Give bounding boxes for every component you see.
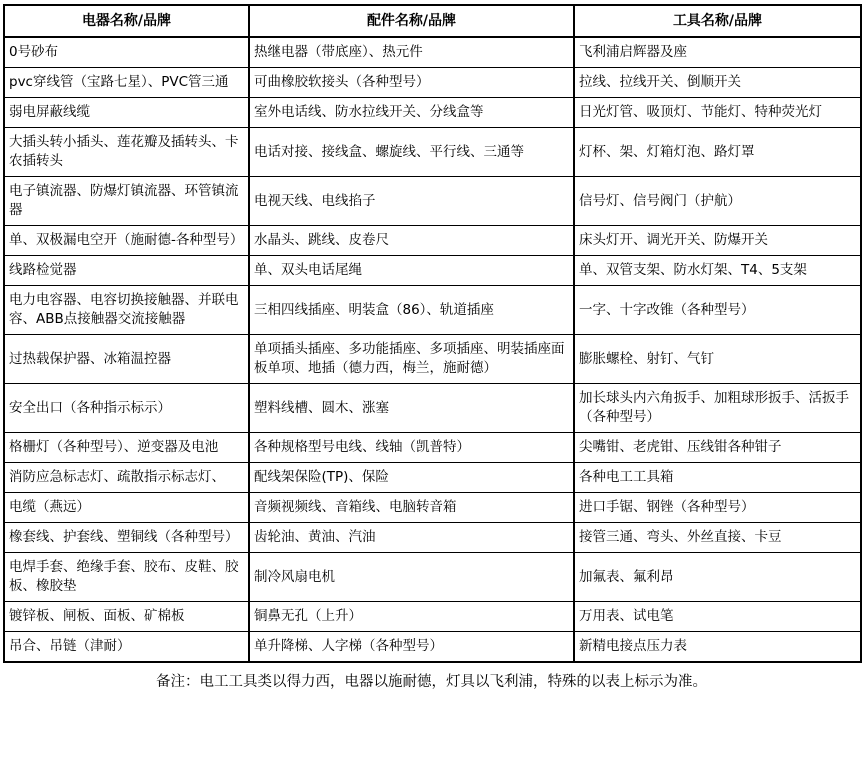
table-cell: 热继电器（带底座）、热元件 (249, 37, 574, 68)
header-cell-0: 电器名称/品牌 (4, 5, 249, 37)
header-row: 电器名称/品牌配件名称/品牌工具名称/品牌 (4, 5, 861, 37)
table-cell: 安全出口（各种指示标示） (4, 384, 249, 433)
table-cell: 塑料线槽、圆木、涨塞 (249, 384, 574, 433)
table-row: 安全出口（各种指示标示）塑料线槽、圆木、涨塞加长球头内六角扳手、加粗球形扳手、活… (4, 384, 861, 433)
document-page: 电器名称/品牌配件名称/品牌工具名称/品牌 0号砂布热继电器（带底座）、热元件飞… (0, 0, 863, 758)
table-cell: 拉线、拉线开关、倒顺开关 (574, 68, 861, 98)
header-cell-1: 配件名称/品牌 (249, 5, 574, 37)
table-cell: 单、双头电话尾绳 (249, 256, 574, 286)
table-cell: 进口手锯、钢锉（各种型号） (574, 493, 861, 523)
table-row: 弱电屏蔽线缆室外电话线、防水拉线开关、分线盒等日光灯管、吸顶灯、节能灯、特种荧光… (4, 98, 861, 128)
table-cell: 电视天线、电线掐子 (249, 177, 574, 226)
table-cell: 单、双极漏电空开（施耐德-各种型号） (4, 226, 249, 256)
table-cell: 橡套线、护套线、塑铜线（各种型号） (4, 523, 249, 553)
table-cell: 三相四线插座、明装盒（86）、轨道插座 (249, 286, 574, 335)
table-row: pvc穿线管（宝路七星）、PVC管三通可曲橡胶软接头（各种型号）拉线、拉线开关、… (4, 68, 861, 98)
table-cell: 单项插头插座、多功能插座、多项插座、明装插座面板单项、地插（德力西，梅兰，施耐德… (249, 335, 574, 384)
table-cell: 配线架保险(TP)、保险 (249, 463, 574, 493)
table-cell: 消防应急标志灯、疏散指示标志灯、 (4, 463, 249, 493)
table-row: 消防应急标志灯、疏散指示标志灯、配线架保险(TP)、保险各种电工工具箱 (4, 463, 861, 493)
table-row: 电子镇流器、防爆灯镇流器、环管镇流器电视天线、电线掐子信号灯、信号阀门（护航） (4, 177, 861, 226)
table-cell: 格栅灯（各种型号）、逆变器及电池 (4, 433, 249, 463)
table-cell: 电话对接、接线盒、螺旋线、平行线、三通等 (249, 128, 574, 177)
table-row: 橡套线、护套线、塑铜线（各种型号）齿轮油、黄油、汽油接管三通、弯头、外丝直接、卡… (4, 523, 861, 553)
table-cell: 0号砂布 (4, 37, 249, 68)
table-row: 电焊手套、绝缘手套、胶布、皮鞋、胶板、橡胶垫制冷风扇电机加氟表、氟利昂 (4, 553, 861, 602)
table-cell: 加长球头内六角扳手、加粗球形扳手、活扳手（各种型号） (574, 384, 861, 433)
parts-table: 电器名称/品牌配件名称/品牌工具名称/品牌 0号砂布热继电器（带底座）、热元件飞… (3, 4, 862, 663)
table-cell: 铜鼻无孔（上升） (249, 602, 574, 632)
table-cell: 日光灯管、吸顶灯、节能灯、特种荧光灯 (574, 98, 861, 128)
table-row: 镀锌板、闸板、面板、矿棉板铜鼻无孔（上升）万用表、试电笔 (4, 602, 861, 632)
table-cell: 室外电话线、防水拉线开关、分线盒等 (249, 98, 574, 128)
table-cell: 大插头转小插头、莲花瓣及插转头、卡农插转头 (4, 128, 249, 177)
table-cell: 线路检觉器 (4, 256, 249, 286)
table-cell: 飞利浦启辉器及座 (574, 37, 861, 68)
table-cell: 音频视频线、音箱线、电脑转音箱 (249, 493, 574, 523)
table-cell: 齿轮油、黄油、汽油 (249, 523, 574, 553)
table-cell: pvc穿线管（宝路七星）、PVC管三通 (4, 68, 249, 98)
table-cell: 水晶头、跳线、皮卷尺 (249, 226, 574, 256)
table-cell: 各种规格型号电线、线轴（凯普特） (249, 433, 574, 463)
table-cell: 制冷风扇电机 (249, 553, 574, 602)
table-row: 0号砂布热继电器（带底座）、热元件飞利浦启辉器及座 (4, 37, 861, 68)
table-row: 单、双极漏电空开（施耐德-各种型号）水晶头、跳线、皮卷尺床头灯开、调光开关、防爆… (4, 226, 861, 256)
table-cell: 信号灯、信号阀门（护航） (574, 177, 861, 226)
table-cell: 加氟表、氟利昂 (574, 553, 861, 602)
table-row: 电力电容器、电容切换接触器、并联电容、ABB点接触器交流接触器三相四线插座、明装… (4, 286, 861, 335)
table-cell: 各种电工工具箱 (574, 463, 861, 493)
table-cell: 一字、十字改锥（各种型号） (574, 286, 861, 335)
table-cell: 电焊手套、绝缘手套、胶布、皮鞋、胶板、橡胶垫 (4, 553, 249, 602)
table-row: 过热载保护器、冰箱温控器单项插头插座、多功能插座、多项插座、明装插座面板单项、地… (4, 335, 861, 384)
footer-note: 备注：电工工具类以得力西，电器以施耐德，灯具以飞利浦，特殊的以表上标示为准。 (0, 672, 863, 692)
table-cell: 单升降梯、人字梯（各种型号） (249, 632, 574, 663)
table-cell: 接管三通、弯头、外丝直接、卡豆 (574, 523, 861, 553)
table-body: 0号砂布热继电器（带底座）、热元件飞利浦启辉器及座pvc穿线管（宝路七星）、PV… (4, 37, 861, 662)
table-cell: 吊合、吊链（津耐） (4, 632, 249, 663)
table-row: 大插头转小插头、莲花瓣及插转头、卡农插转头电话对接、接线盒、螺旋线、平行线、三通… (4, 128, 861, 177)
table-cell: 膨胀螺栓、射钉、气钉 (574, 335, 861, 384)
table-row: 吊合、吊链（津耐）单升降梯、人字梯（各种型号）新精电接点压力表 (4, 632, 861, 663)
table-cell: 电缆（燕远） (4, 493, 249, 523)
table-cell: 镀锌板、闸板、面板、矿棉板 (4, 602, 249, 632)
table-cell: 电力电容器、电容切换接触器、并联电容、ABB点接触器交流接触器 (4, 286, 249, 335)
table-cell: 过热载保护器、冰箱温控器 (4, 335, 249, 384)
table-cell: 单、双管支架、防水灯架、T4、5支架 (574, 256, 861, 286)
table-header: 电器名称/品牌配件名称/品牌工具名称/品牌 (4, 5, 861, 37)
table-row: 格栅灯（各种型号）、逆变器及电池各种规格型号电线、线轴（凯普特）尖嘴钳、老虎钳、… (4, 433, 861, 463)
table-cell: 电子镇流器、防爆灯镇流器、环管镇流器 (4, 177, 249, 226)
table-cell: 床头灯开、调光开关、防爆开关 (574, 226, 861, 256)
table-cell: 新精电接点压力表 (574, 632, 861, 663)
table-row: 线路检觉器单、双头电话尾绳单、双管支架、防水灯架、T4、5支架 (4, 256, 861, 286)
table-cell: 万用表、试电笔 (574, 602, 861, 632)
table-cell: 弱电屏蔽线缆 (4, 98, 249, 128)
table-row: 电缆（燕远）音频视频线、音箱线、电脑转音箱进口手锯、钢锉（各种型号） (4, 493, 861, 523)
table-cell: 可曲橡胶软接头（各种型号） (249, 68, 574, 98)
header-cell-2: 工具名称/品牌 (574, 5, 861, 37)
table-cell: 灯杯、架、灯箱灯泡、路灯罩 (574, 128, 861, 177)
table-cell: 尖嘴钳、老虎钳、压线钳各种钳子 (574, 433, 861, 463)
